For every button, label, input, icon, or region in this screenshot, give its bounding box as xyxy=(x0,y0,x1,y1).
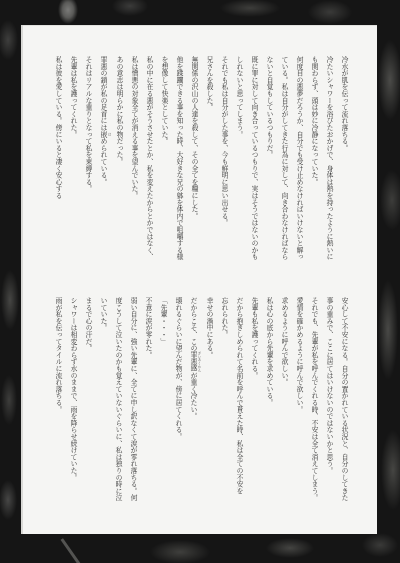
bottom-text-block: 安心して不安になる。自分の置かれている状況と、自分のしてきた 事の重みで、ここに… xyxy=(51,297,351,509)
ruby-base: 嵌 xyxy=(99,131,107,138)
ruby-reading: は xyxy=(107,131,111,138)
text-line: それはリアルな重りとなって私を束縛する。 xyxy=(80,56,95,268)
text-line: 雨が私を伝ってタイルに流れ落ちる。 xyxy=(50,297,65,509)
ruby-base: 罪悪感 xyxy=(189,351,197,371)
ruby-reading: ざいあくかん xyxy=(197,351,201,371)
text-line: シャワーは相変わらず水のままで、雨を降らせ続けていた。 xyxy=(65,297,80,509)
text-line: 事の重みで、ここに居てはいけないのではないかと思う。 xyxy=(321,297,336,509)
text-line: 私の中に在る悪がそうさせたとか、私を変えたからとかではなく、 xyxy=(141,56,156,268)
ruby-annotation: 嵌は xyxy=(99,131,107,138)
text-line-with-ruby: だからこそ、この罪悪感ざいあくかんが重く冷たい。 xyxy=(185,297,201,509)
border-scratch-decoration xyxy=(61,538,83,563)
text-line: いていた。 xyxy=(95,297,110,509)
text-line: 冷水が肌を伝って流れ落ちる。 xyxy=(336,56,351,268)
text-line: 何度目の悪夢だろうか、自分でも受け止めなければいけないと解っ xyxy=(291,56,306,268)
line-text: 罪悪の鎖が私の足首には xyxy=(99,56,107,131)
text-line: 忘れられた。 xyxy=(216,297,231,509)
text-line: 私は憎悪の対象全てが消える事を望んでいた。 xyxy=(126,56,141,268)
text-line: それでも私は自分がした事を、今も鮮明に思い出せる。 xyxy=(216,56,231,268)
text-line: 不意に涙が零れた。 xyxy=(140,297,155,509)
text-line: 冷たいシャワーを浴びたおかげで、身体は熱を持ったように熱いに xyxy=(321,56,336,268)
text-line: 他を蹂躙できる事を知った時、大好きな兄の躰を体内で咀嚼する様 xyxy=(171,56,186,268)
novel-page: 冷水が肌を伝って流れ落ちる。 冷たいシャワーを浴びたおかげで、身体は熱を持ったよ… xyxy=(21,25,377,534)
text-line: 幸せの渦中にある。 xyxy=(201,297,216,509)
text-line: まるで心の汗だ。 xyxy=(80,297,95,509)
text-line: 先輩は私を護ってくれた。 xyxy=(65,56,80,268)
line-text: められている。 xyxy=(99,138,107,186)
ruby-annotation: 罪悪感ざいあくかん xyxy=(189,351,197,371)
top-text-block: 冷水が肌を伝って流れ落ちる。 冷たいシャワーを浴びたおかげで、身体は熱を持ったよ… xyxy=(51,56,351,268)
text-line: ないと自覚もしているつもりだ。 xyxy=(261,56,276,268)
text-line: 求めるように呼んで欲しい。 xyxy=(276,297,291,509)
dialogue-line: 「先輩・・・」 xyxy=(155,297,170,509)
text-line: 無関係の沢山の人達を殺して、その全てを糧にした。 xyxy=(186,56,201,268)
text-line: 兄さんを殺した。 xyxy=(201,56,216,268)
line-text: だからこそ、この xyxy=(189,297,197,351)
text-line: だから抱きしめられて名前を呼んで貰えた時、私は全ての不安を xyxy=(231,297,246,509)
text-line-with-ruby: 罪悪の鎖が私の足首には嵌はめられている。 xyxy=(95,56,111,268)
text-line: それでも、先輩が私を呼んでくれる時、不安は全て消えてしまう。 xyxy=(306,297,321,509)
text-line: 安心して不安になる。自分の置かれている状況と、自分のしてきた xyxy=(336,297,351,509)
text-line: 壊れるぐらいに望んだ物が、傍に居てくれる。 xyxy=(170,297,185,509)
text-line: 先輩も私を護ってくれる。 xyxy=(246,297,261,509)
text-line: 愛情を確かめるように呼んで欲しい。 xyxy=(291,297,306,509)
text-line: しれないと思ってしまう。 xyxy=(231,56,246,268)
text-line: 私は彼を愛している。傍にいると凄く安心する xyxy=(50,56,65,268)
text-line: ている。私は自分がしてきた行為に対して、向き合わなければなら xyxy=(276,56,291,268)
text-line: 既に罪に対して向き合っているつもりで、実はそうではないのかも xyxy=(246,56,261,268)
text-line: も関わらず、頭は妙に冷静になっていた。 xyxy=(306,56,321,268)
text-line: 弱い自分に、強い先輩に、全てに申し訳なくて涙が零れ落ちる。何 xyxy=(125,297,140,509)
text-line: あの意志は明らかに私の物だった。 xyxy=(111,56,126,268)
text-line: 度こうして泣いたのかも覚えていないぐらいに、私は独りの時に泣 xyxy=(110,297,125,509)
text-line: を想像して快楽としていた。 xyxy=(156,56,171,268)
text-line: 私は心の底から先輩を求めている。 xyxy=(261,297,276,509)
line-text: が重く冷たい。 xyxy=(189,372,197,420)
